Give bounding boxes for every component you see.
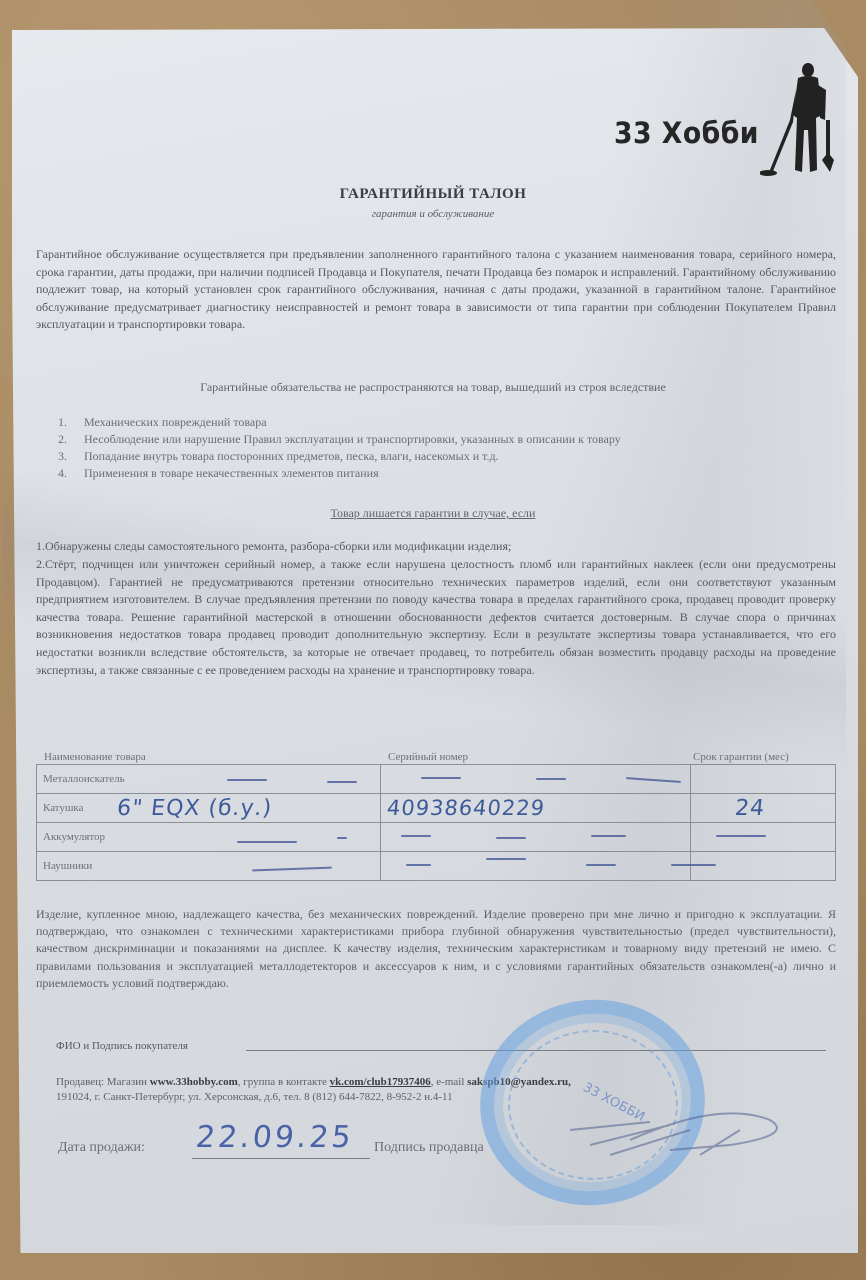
list-text: Механических повреждений товара — [84, 414, 267, 431]
seller-prefix: Продавец: Магазин — [56, 1076, 147, 1088]
sale-date-line — [192, 1158, 370, 1159]
serial-cell — [381, 852, 691, 881]
product-cell: Металлоискатель — [37, 765, 381, 794]
exclusions-list: 1.Механических повреждений товара 2.Несо… — [58, 414, 818, 482]
months-cell — [691, 852, 836, 881]
list-item: 2.Несоблюдение или нарушение Правил эксп… — [58, 431, 818, 448]
column-header-warranty-months: Срок гарантии (мес) — [693, 751, 789, 763]
table-row: Наушники — [37, 852, 836, 881]
seller-signature-scribble — [560, 1100, 800, 1170]
page-subtitle: гарантия и обслуживание — [0, 208, 866, 220]
brand-logo: 33 Хобби — [610, 60, 840, 190]
product-cell: Аккумулятор — [37, 823, 381, 852]
product-cell: Катушка 6" EQX (б.у.) — [37, 794, 381, 823]
product-label: Катушка — [43, 802, 83, 814]
product-label: Металлоискатель — [43, 773, 125, 785]
handwritten-serial: 40938640229 — [386, 796, 547, 820]
warranty-items-table: Металлоискатель Катушка 6" EQX (б.у.) 40… — [36, 764, 836, 881]
buyer-signature-label: ФИО и Подпись покупателя — [56, 1040, 188, 1052]
table-row: Металлоискатель — [37, 765, 836, 794]
logo-text: 33 Хобби — [614, 116, 759, 150]
list-number: 3. — [58, 448, 84, 465]
list-text: Несоблюдение или нарушение Правил эксплу… — [84, 431, 621, 448]
product-cell: Наушники — [37, 852, 381, 881]
column-header-product: Наименование товара — [44, 751, 146, 763]
loss-item-1: 1.Обнаружены следы самостоятельного ремо… — [36, 538, 836, 556]
loss-heading: Товар лишается гарантии в случае, если — [0, 506, 866, 521]
list-number: 4. — [58, 465, 84, 482]
loss-item-2: 2.Стёрт, подчищен или уничтожен серийный… — [36, 556, 836, 679]
email-label: , e-mail — [431, 1076, 465, 1088]
column-header-serial: Серийный номер — [388, 751, 468, 763]
serial-cell — [381, 765, 691, 794]
buyer-confirmation-paragraph: Изделие, купленное мною, надлежащего кач… — [36, 906, 836, 992]
table-row: Катушка 6" EQX (б.у.) 40938640229 24 — [37, 794, 836, 823]
product-label: Наушники — [43, 860, 92, 872]
product-label: Аккумулятор — [43, 831, 105, 843]
seller-address: 191024, г. Санкт-Петербург, ул. Херсонск… — [56, 1091, 453, 1103]
handwritten-product-name: 6" EQX (б.у.) — [116, 796, 274, 821]
vk-label: , группа в контакте — [238, 1076, 327, 1088]
page-title: ГАРАНТИЙНЫЙ ТАЛОН — [0, 186, 866, 203]
list-text: Попадание внутрь товара посторонних пред… — [84, 448, 499, 465]
table-row: Аккумулятор — [37, 823, 836, 852]
serial-cell: 40938640229 — [381, 794, 691, 823]
list-item: 1.Механических повреждений товара — [58, 414, 818, 431]
handwritten-months: 24 — [734, 796, 767, 821]
list-number: 2. — [58, 431, 84, 448]
intro-paragraph: Гарантийное обслуживание осуществляется … — [36, 246, 836, 334]
seller-signature-label: Подпись продавца — [374, 1140, 484, 1156]
sale-date-label: Дата продажи: — [58, 1140, 145, 1156]
serial-cell — [381, 823, 691, 852]
seller-vk-link[interactable]: vk.com/club17937406 — [330, 1076, 431, 1088]
months-cell: 24 — [691, 794, 836, 823]
list-item: 4.Применения в товаре некачественных эле… — [58, 465, 818, 482]
months-cell — [691, 823, 836, 852]
metal-detectorist-silhouette-icon — [760, 60, 840, 180]
sale-date-value[interactable]: 22.09.25 — [194, 1120, 355, 1155]
months-cell — [691, 765, 836, 794]
exclusions-heading: Гарантийные обязательства не распростран… — [0, 380, 866, 395]
list-number: 1. — [58, 414, 84, 431]
seller-website-link[interactable]: www.33hobby.com — [150, 1076, 238, 1088]
list-item: 3.Попадание внутрь товара посторонних пр… — [58, 448, 818, 465]
list-text: Применения в товаре некачественных элеме… — [84, 465, 379, 482]
